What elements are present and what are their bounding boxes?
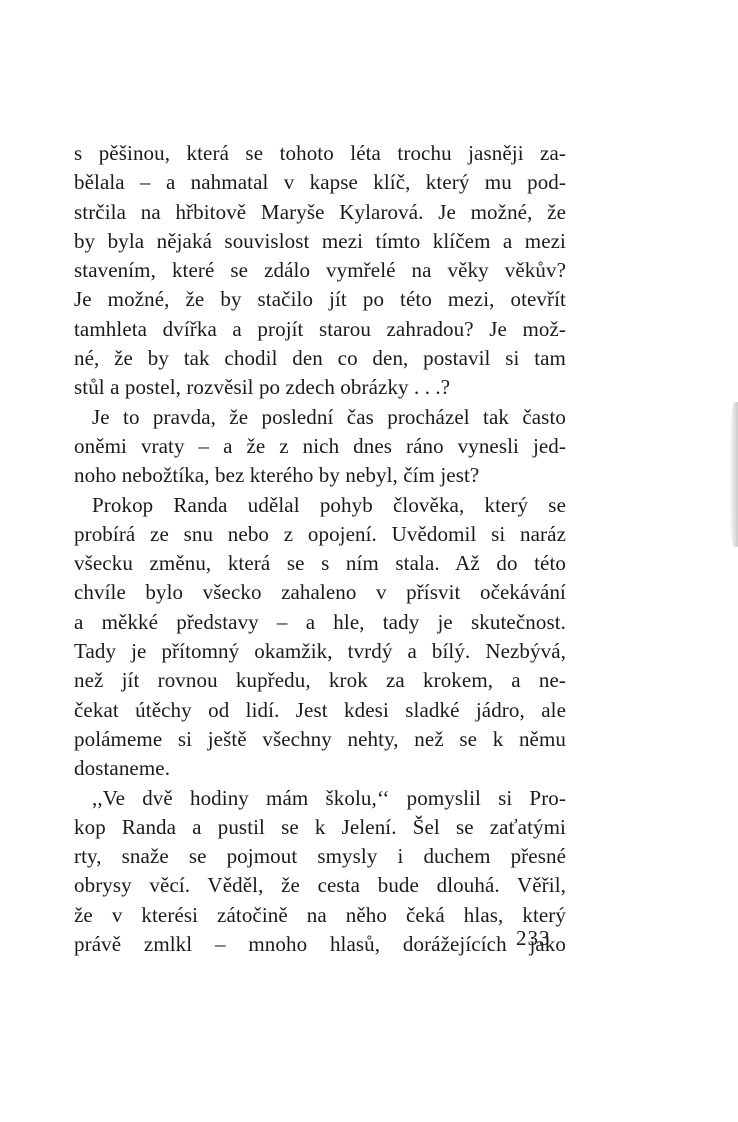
text-line: bělala – a nahmatal v kapse klíč, který … [74, 168, 566, 197]
paragraph-start-line: Je to pravda, že poslední čas procházel … [74, 403, 566, 432]
scan-edge-shadow [729, 402, 738, 547]
text-line: všecku změnu, která se s ním stala. Až d… [74, 549, 566, 578]
book-page: s pěšinou, která se tohoto léta trochu j… [0, 0, 738, 1122]
page-number: 233 [516, 926, 551, 951]
text-line: obrysy věcí. Věděl, že cesta bude dlouhá… [74, 871, 566, 900]
text-line: stůl a postel, rozvěsil po zdech obrázky… [74, 373, 566, 402]
text-line: s pěšinou, která se tohoto léta trochu j… [74, 139, 566, 168]
paragraph-start-line: ,,Ve dvě hodiny mám školu,‘‘ pomyslil si… [74, 784, 566, 813]
text-line: že v kterési zátočině na něho čeká hlas,… [74, 901, 566, 930]
body-text: s pěšinou, která se tohoto léta trochu j… [74, 139, 566, 959]
text-line: čekat útěchy od lidí. Jest kdesi sladké … [74, 696, 566, 725]
text-line: chvíle bylo všecko zahaleno v přísvit oč… [74, 578, 566, 607]
text-line: Je možné, že by stačilo jít po této mezi… [74, 285, 566, 314]
text-line: stavením, které se zdálo vymřelé na věky… [74, 256, 566, 285]
text-line: strčila na hřbitově Maryše Kylarová. Je … [74, 198, 566, 227]
text-line: a měkké představy – a hle, tady je skute… [74, 608, 566, 637]
text-line: oněmi vraty – a že z nich dnes ráno vyne… [74, 432, 566, 461]
text-line: dostaneme. [74, 754, 566, 783]
text-line: probírá ze snu nebo z opojení. Uvědomil … [74, 520, 566, 549]
text-line: kop Randa a pustil se k Jelení. Šel se z… [74, 813, 566, 842]
text-line: rty, snaže se pojmout smysly i duchem př… [74, 842, 566, 871]
text-line: né, že by tak chodil den co den, postavi… [74, 344, 566, 373]
text-line: právě zmlkl – mnoho hlasů, dorážejících … [74, 930, 566, 959]
text-line: by byla nějaká souvislost mezi tímto klí… [74, 227, 566, 256]
text-line: než jít rovnou kupředu, krok za krokem, … [74, 666, 566, 695]
text-line: tamhleta dvířka a projít starou zahradou… [74, 315, 566, 344]
paragraph-start-line: Prokop Randa udělal pohyb člověka, který… [74, 491, 566, 520]
text-line: Tady je přítomný okamžik, tvrdý a bílý. … [74, 637, 566, 666]
text-line: noho nebožtíka, bez kterého by nebyl, čí… [74, 461, 566, 490]
text-line: polámeme si ještě všechny nehty, než se … [74, 725, 566, 754]
